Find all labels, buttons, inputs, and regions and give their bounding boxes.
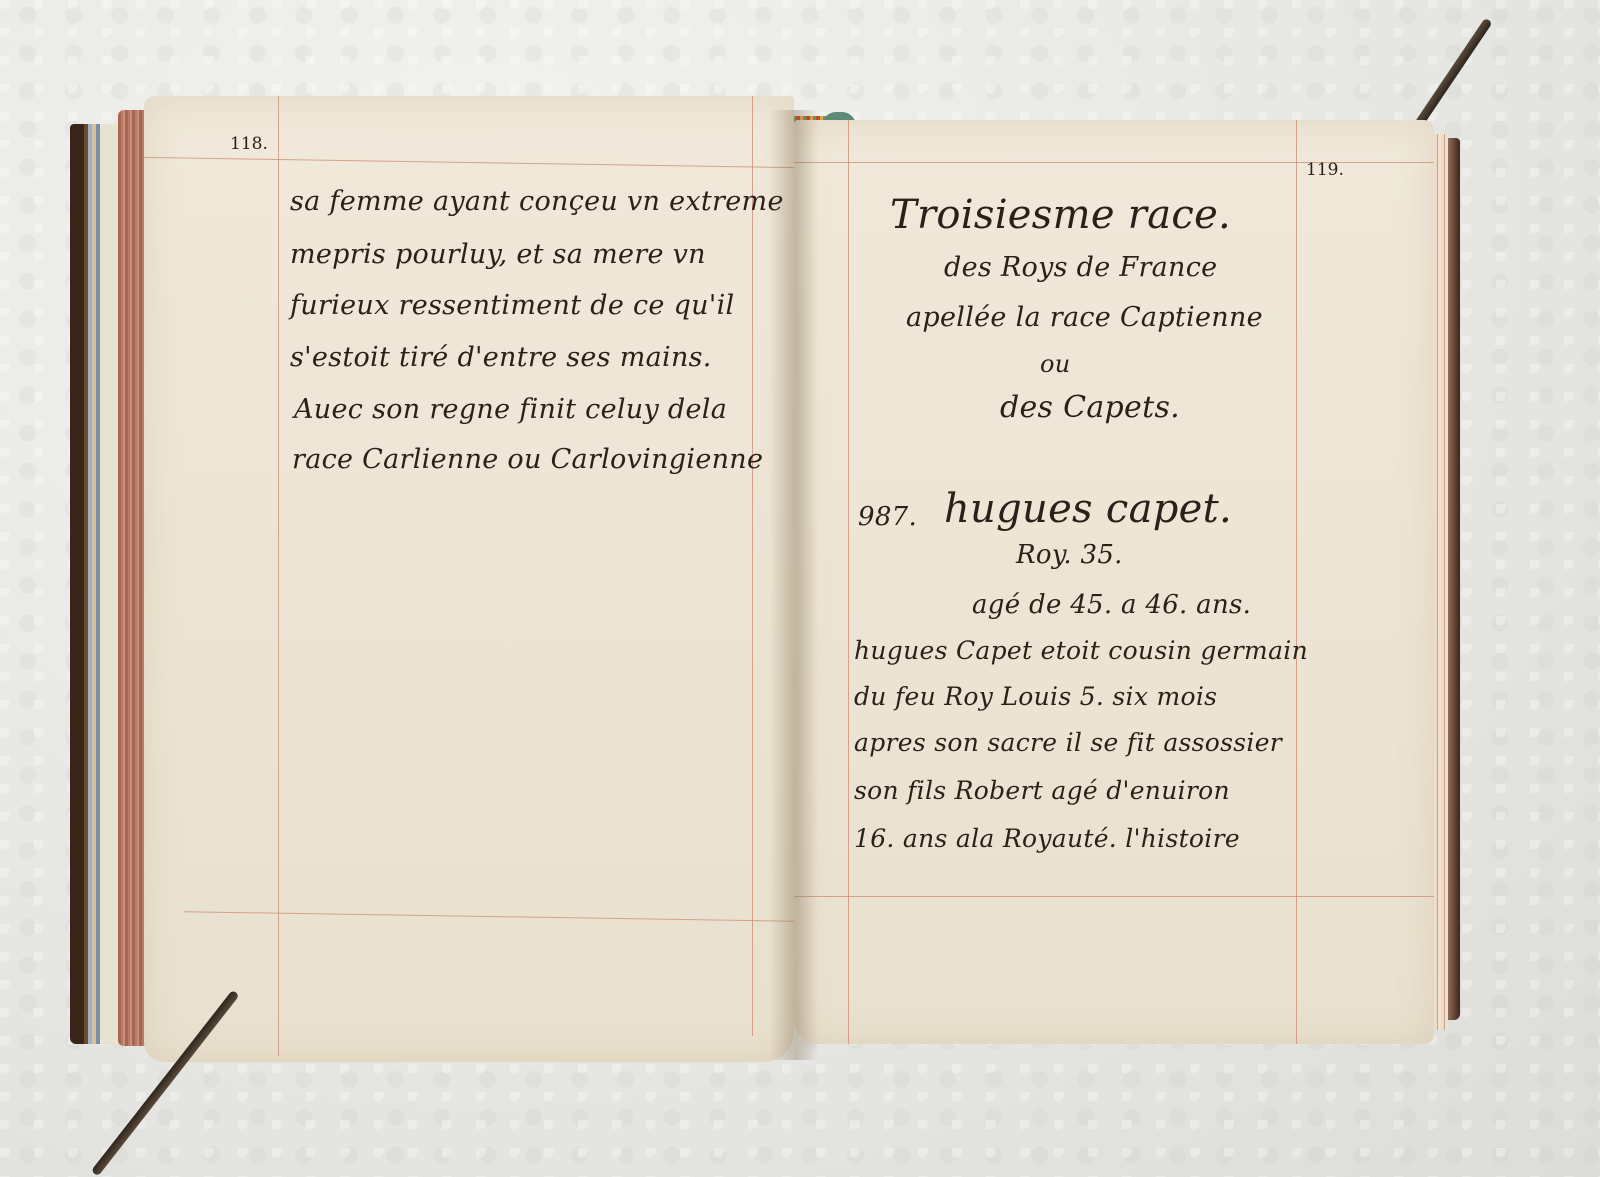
- heading-line: apellée la race Captienne: [906, 302, 1263, 333]
- heading-line: des Capets.: [1000, 390, 1180, 425]
- section-title: Troisiesme race.: [890, 192, 1231, 238]
- text-line: sa femme ayant conçeu vn extreme: [290, 186, 784, 217]
- top-rule: [144, 157, 794, 168]
- left-page: 118. sa femme ayant conçeu vn extreme me…: [144, 96, 794, 1062]
- text-line: furieux ressentiment de ce qu'il: [290, 290, 734, 321]
- bottom-rule: [184, 911, 794, 922]
- book-gutter: [770, 110, 818, 1060]
- text-line: hugues Capet etoit cousin germain: [854, 636, 1308, 665]
- heading-line: ou: [1040, 350, 1071, 378]
- page-number: 118.: [230, 134, 268, 154]
- text-line: mepris pourluy, et sa mere vn: [290, 239, 706, 270]
- bottom-rule: [794, 896, 1434, 897]
- entry-year: 987.: [858, 502, 917, 532]
- entry-name: hugues capet.: [944, 486, 1232, 532]
- right-margin-rule: [1296, 120, 1297, 1044]
- text-line: son fils Robert agé d'enuiron: [854, 776, 1230, 805]
- text-line: apres son sacre il se fit assossier: [854, 728, 1282, 757]
- right-margin-rule: [752, 96, 753, 1036]
- left-margin-rule: [848, 120, 849, 1044]
- text-line: race Carlienne ou Carlovingienne: [292, 444, 763, 475]
- right-page: 119. Troisiesme race. des Roys de France…: [794, 120, 1434, 1044]
- page-number: 119.: [1306, 160, 1344, 180]
- text-line: 16. ans ala Royauté. l'histoire: [854, 824, 1240, 853]
- book-cover-right: [1446, 138, 1460, 1020]
- entry-roy: Roy. 35.: [1016, 540, 1123, 570]
- heading-line: des Roys de France: [944, 252, 1217, 283]
- text-line: Auec son regne finit celuy dela: [294, 394, 727, 425]
- text-line: s'estoit tiré d'entre ses mains.: [290, 342, 712, 373]
- text-line: du feu Roy Louis 5. six mois: [854, 682, 1217, 711]
- entry-age: agé de 45. a 46. ans.: [972, 590, 1251, 620]
